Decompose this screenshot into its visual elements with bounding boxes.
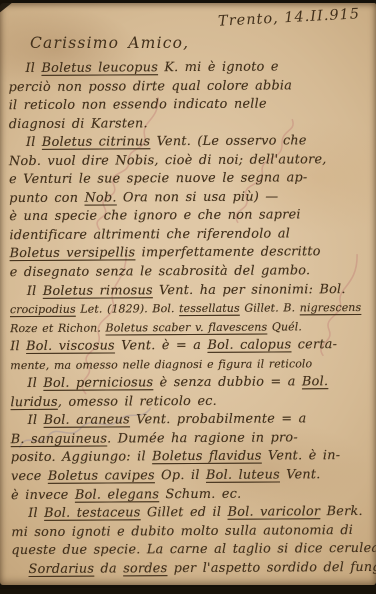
handwriting-text: diagnosi di Karsten. [9, 116, 148, 132]
species-name-underlined: Nob. [84, 190, 116, 205]
handwriting-text: da [94, 561, 123, 576]
handwriting-text: Vent. (Le osservo che [150, 133, 306, 149]
handwriting-text: Vent. è in- [262, 449, 341, 464]
handwriting-text: è senza dubbio = a [153, 375, 302, 391]
handwriting-line: diagnosi di Karsten. [9, 114, 370, 135]
handwriting-text: Berk. [320, 504, 363, 519]
species-name-underlined: Bol. viscosus [26, 339, 115, 355]
handwriting-line: Il Bol. viscosus Vent. è = a Bol. calopu… [10, 336, 371, 357]
handwriting-text: Vent. ha per sinonimi: Bol. [153, 282, 346, 298]
scan-bottom-edge [0, 585, 376, 594]
handwriting-line: è una specie che ignoro e che non saprei [9, 206, 370, 227]
handwriting-text: Vent. [280, 467, 321, 482]
handwriting-text: identificare altrimenti che riferendolo … [9, 226, 290, 243]
handwriting-text: Gillet ed il [141, 505, 228, 521]
handwriting-line: queste due specie. La carne al taglio si… [11, 540, 372, 561]
handwriting-text: certa- [291, 337, 337, 352]
handwriting-text: Vent. probabilmente = a [130, 412, 307, 428]
letter-body: Il Boletus leucopus K. mi è ignoto eperc… [8, 58, 372, 580]
species-name-underlined: Bol. [302, 374, 328, 389]
handwriting-line: e disegnato senza le scabrosità del gamb… [10, 262, 371, 283]
handwriting-line: punto con Nob. Ora non si usa più) — [9, 188, 370, 209]
handwriting-line: Il Bol. testaceus Gillet ed il Bol. vari… [11, 503, 372, 524]
handwriting-text: Op. il [155, 468, 206, 483]
handwriting-line: Nob. vuol dire Nobis, cioè di noi; dell'… [9, 151, 370, 172]
handwriting-text: Il [27, 283, 43, 298]
species-name-underlined: Boletus citrinus [42, 134, 151, 150]
species-name-underlined: Bol. perniciosus [43, 376, 153, 392]
handwriting-text: per l'aspetto sordido del fungo. [167, 560, 376, 576]
species-name-underlined: Sordarius [28, 561, 94, 576]
handwriting-text: posito. Aggiungo: il [11, 450, 152, 466]
species-name-underlined: sordes [123, 561, 167, 576]
species-name-underlined: Boletus rimosus [43, 283, 153, 299]
handwriting-line: mente, ma omesso nelle diagnosi e figura… [10, 355, 371, 376]
handwriting-text: imperfettamente descritto [135, 245, 320, 261]
species-name-underlined: Bol. elegans [75, 487, 159, 503]
species-name-underlined: Bol. calopus [207, 338, 291, 354]
handwriting-line: Il Bol. araneus Vent. probabilmente = a [11, 410, 372, 431]
handwriting-text: , omesso il reticolo ec. [58, 394, 217, 410]
species-name-underlined: Boletus cavipes [48, 468, 155, 484]
handwriting-line: identificare altrimenti che riferendolo … [9, 225, 370, 246]
handwriting-line: è invece Bol. elegans Schum. ec. [11, 484, 372, 505]
handwriting-text: Ora non si usa più) — [117, 189, 279, 205]
postcard-scan: Trento, 14.II.915 Carissimo Amico, Il Bo… [0, 0, 376, 594]
handwriting-line: il reticolo non essendo indicato nelle [9, 95, 370, 116]
handwriting-line: luridus, omesso il reticolo ec. [10, 392, 371, 413]
handwriting-line: Il Boletus citrinus Vent. (Le osservo ch… [9, 132, 370, 153]
species-name-underlined: tessellatus [179, 302, 240, 315]
handwriting-text: Vent. è = a [115, 338, 208, 354]
handwriting-line: B. sanguineus. Dumée ha ragione in pro- [11, 429, 372, 450]
handwriting-line: Il Boletus leucopus K. mi è ignoto e [8, 58, 369, 79]
species-name-underlined: Boletus leucopus [41, 60, 158, 76]
handwriting-line: mi sono ignoti e dubito molto sulla auto… [11, 522, 372, 543]
species-name-underlined: Bol. varicolor [228, 504, 321, 520]
handwriting-line: Boletus versipellis imperfettamente desc… [10, 243, 371, 264]
handwriting-text: e Venturi le sue specie nuove le segna a… [9, 171, 307, 188]
handwriting-text: queste due specie. La carne al taglio si… [11, 541, 376, 558]
species-name-underlined: Boletus versipellis [10, 246, 136, 262]
handwriting-line: e Venturi le sue specie nuove le segna a… [9, 169, 370, 190]
species-name-underlined: nigrescens [300, 301, 362, 314]
handwriting-text: . Dumée ha ragione in pro- [107, 430, 298, 446]
handwriting-line: crocipodius Let. (1829). Bol. tessellatu… [10, 299, 371, 320]
handwriting-line: Sordarius da sordes per l'aspetto sordid… [11, 559, 372, 580]
handwriting-text: Let. (1829). Bol. [76, 302, 179, 316]
handwriting-text: perciò non posso dirte qual colore abbia [9, 78, 293, 95]
handwriting-text: Quél. [267, 320, 302, 333]
handwriting-line: posito. Aggiungo: il Boletus flavidus Ve… [11, 447, 372, 468]
species-name-underlined: Bol. araneus [44, 413, 130, 429]
handwriting-text: vece [11, 469, 48, 484]
handwriting-text: e disegnato senza le scabrosità del gamb… [10, 263, 311, 280]
handwriting-text: Il [28, 506, 44, 521]
handwriting-line: Il Boletus rimosus Vent. ha per sinonimi… [10, 280, 371, 301]
handwriting-text: Gillet. B. [240, 301, 300, 314]
handwriting-text: mente, ma omesso nelle diagnosi e figura… [10, 357, 312, 372]
handwriting-text: Il [25, 61, 41, 76]
handwriting-text: Nob. vuol dire Nobis, cioè di noi; dell'… [9, 152, 327, 169]
species-name-underlined: Boletus scaber v. flavescens [105, 320, 267, 334]
salutation: Carissimo Amico, [30, 34, 189, 52]
species-name-underlined: B. sanguineus [11, 431, 107, 447]
handwriting-text: mi sono ignoti e dubito molto sulla auto… [11, 523, 353, 540]
handwriting-line: Il Bol. perniciosus è senza dubbio = a B… [10, 373, 371, 394]
handwriting-text: punto con [9, 190, 84, 205]
date-line: Trento, 14.II.915 [218, 6, 361, 29]
species-name-underlined: crocipodius [10, 303, 76, 316]
handwriting-line: perciò non posso dirte qual colore abbia [9, 76, 370, 97]
torn-corner [0, 0, 18, 14]
handwriting-text: è una specie che ignoro e che non saprei [9, 208, 300, 225]
handwriting-text: Schum. ec. [159, 486, 241, 502]
handwriting-text: Il [26, 135, 42, 150]
handwriting-line: Roze et Richon. Boletus scaber v. flaves… [10, 318, 371, 339]
species-name-underlined: Bol. testaceus [44, 505, 141, 521]
handwriting-text: Il [10, 339, 26, 354]
species-name-underlined: Bol. luteus [206, 467, 280, 482]
paper: Trento, 14.II.915 Carissimo Amico, Il Bo… [0, 3, 376, 585]
handwriting-text: Il [28, 413, 44, 428]
species-name-underlined: luridus [10, 395, 57, 410]
handwriting-text: Il [27, 376, 43, 391]
handwriting-text: è invece [11, 487, 75, 502]
handwriting-text: Roze et Richon. [10, 321, 106, 335]
species-name-underlined: Boletus flavidus [152, 449, 262, 465]
handwriting-line: vece Boletus cavipes Op. il Bol. luteus … [11, 466, 372, 487]
handwriting-text: K. mi è ignoto e [158, 59, 279, 75]
handwriting-text: il reticolo non essendo indicato nelle [9, 97, 267, 114]
